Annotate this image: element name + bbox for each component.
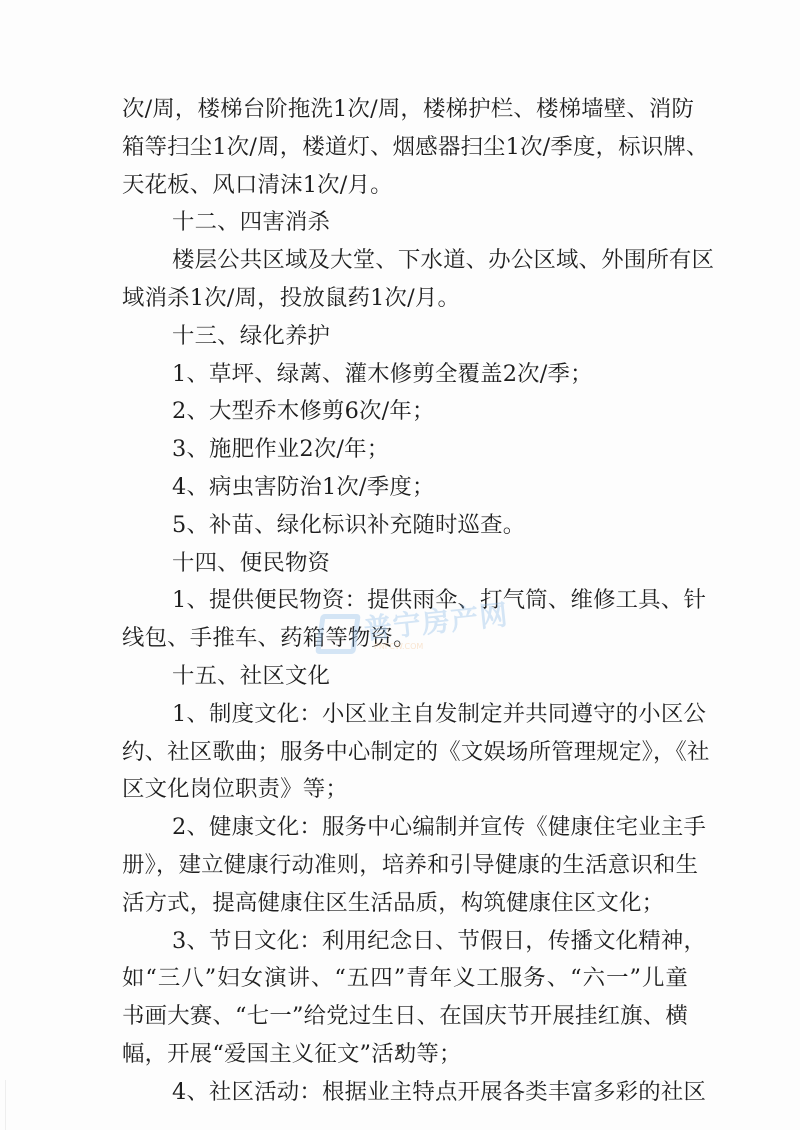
text-line: 约、社区歌曲；服务中心制定的《文娱场所管理规定》，《社 xyxy=(122,737,688,767)
text-line: 4、病虫害防治1次/季度； xyxy=(172,472,688,502)
text-line: 3、节日文化：利用纪念日、节假日，传播文化精神， xyxy=(172,926,688,956)
text-line: 楼层公共区域及大堂、下水道、办公区域、外围所有区 xyxy=(172,245,688,275)
page-number: 9 xyxy=(0,1042,800,1057)
text-line: 2、健康文化：服务中心编制并宣传《健康住宅业主手 xyxy=(172,812,688,842)
text-line: 书画大赛、“七一”给党过生日、在国庆节开展挂红旗、横 xyxy=(122,1001,688,1031)
text-line: 天花板、风口清沫1次/月。 xyxy=(122,170,688,200)
text-line: 1、提供便民物资：提供雨伞、打气筒、维修工具、针 xyxy=(172,585,688,615)
text-line: 1、制度文化：小区业主自发制定并共同遵守的小区公 xyxy=(172,699,688,729)
text-line: 5、补苗、绿化标识补充随时巡查。 xyxy=(172,510,688,540)
document-page: 次/周，楼梯台阶拖洗1次/周，楼梯护栏、楼梯墙壁、消防箱等扫尘1次/周，楼道灯、… xyxy=(0,0,800,1130)
text-line: 2、大型乔木修剪6次/年； xyxy=(172,396,688,426)
scan-edge xyxy=(5,1080,6,1130)
section-heading: 十四、便民物资 xyxy=(172,548,688,578)
text-line: 区文化岗位职责》等； xyxy=(122,774,688,804)
text-line: 域消杀1次/周，投放鼠药1次/月。 xyxy=(122,283,688,313)
text-line: 3、施肥作业2次/年； xyxy=(172,434,688,464)
section-heading: 十五、社区文化 xyxy=(172,661,688,691)
text-line: 4、社区活动：根据业主特点开展各类丰富多彩的社区 xyxy=(172,1077,688,1107)
text-line: 线包、手推车、药箱等物资。 xyxy=(122,623,688,653)
text-line: 箱等扫尘1次/周，楼道灯、烟感器扫尘1次/季度，标识牌、 xyxy=(122,132,688,162)
text-line: 1、草坪、绿蓠、灌木修剪全覆盖2次/季； xyxy=(172,359,688,389)
section-heading: 十二、四害消杀 xyxy=(172,207,688,237)
section-heading: 十三、绿化养护 xyxy=(172,321,688,351)
text-line: 如“三八”妇女演讲、“五四”青年义工服务、“六一”儿童 xyxy=(122,963,688,993)
text-line: 次/周，楼梯台阶拖洗1次/周，楼梯护栏、楼梯墙壁、消防 xyxy=(122,94,688,124)
text-line: 活方式，提高健康住区生活品质，构筑健康住区文化； xyxy=(122,888,688,918)
text-line: 册》，建立健康行动准则，培养和引导健康的生活意识和生 xyxy=(122,850,688,880)
